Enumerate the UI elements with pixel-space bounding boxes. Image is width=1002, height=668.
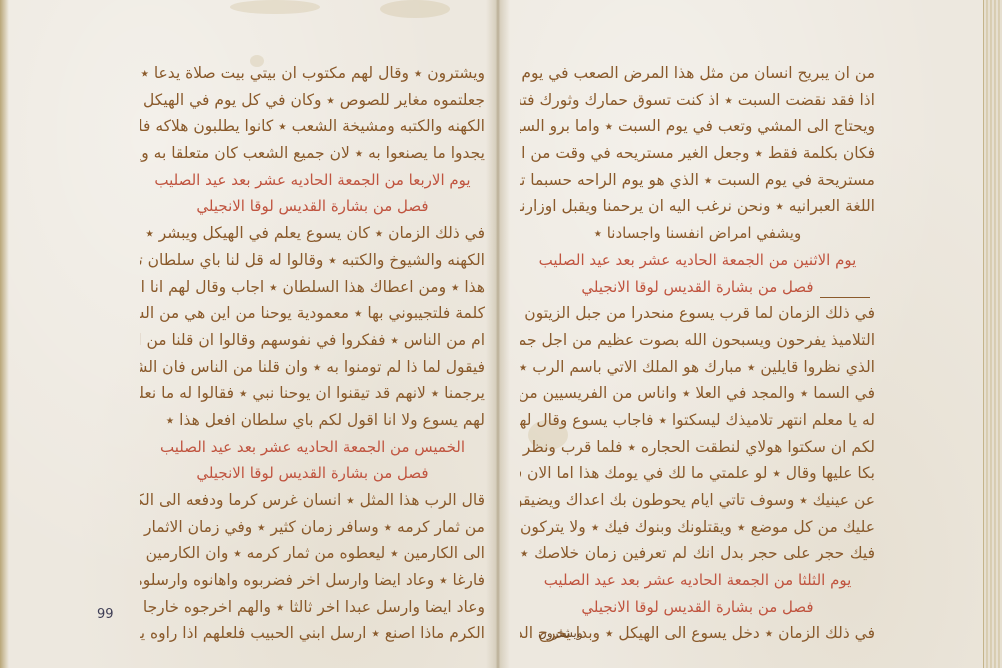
text-line: الكرم ماذا اصنع ٭ ارسل ابني الحبيب فلعله… <box>140 620 485 647</box>
water-stain <box>380 0 450 18</box>
text-line: ويشفي امراض انفسنا واجسادنا ٭ <box>520 220 875 247</box>
rubric-heading: فصل من بشارة القديس لوقا الانجيلي <box>140 460 485 487</box>
rubric-heading: فصل من بشارة القديس لوقا الانجيلي <box>520 594 875 621</box>
text-line: لكم ان سكتوا هولاي لنطقت الحجاره ٭ فلما … <box>520 434 875 461</box>
text-line: فيك حجر على حجر بدل انك لم تعرفين زمان خ… <box>520 540 875 567</box>
text-line: ام من الناس ٭ ففكروا في نفوسهم وقالوا ان… <box>140 327 485 354</box>
text-line: الى الكارمين ٭ ليعطوه من ثمار كرمه ٭ وان… <box>140 540 485 567</box>
book-gutter <box>486 0 510 668</box>
text-line: في ذلك الزمان لما قرب يسوع منحدرا من جبل… <box>520 300 875 327</box>
text-line: في ذلك الزمان ٭ كان يسوع يعلم في الهيكل … <box>140 220 485 247</box>
right-text-block: من ان يبريح انسان من مثل هذا المرض الصعب… <box>520 60 875 647</box>
text-line: الذي نظروا قايلين ٭ مبارك هو الملك الاتي… <box>520 354 875 381</box>
text-line: اللغة العبرانيه ٭ ونحن نرغب اليه ان يرحم… <box>520 193 875 220</box>
text-line: فكان بكلمة فقط ٭ وجعل الغير مستريحه في و… <box>520 140 875 167</box>
rubric-heading: يوم الاربعا من الجمعة الحاديه عشر بعد عي… <box>140 167 485 194</box>
text-line: قال الرب هذا المثل ٭ انسان غرس كرما ودفع… <box>140 487 485 514</box>
text-line: اذا فقد نقضت السبت ٭ اذ كنت تسوق حمارك و… <box>520 87 875 114</box>
text-line: يجدوا ما يصنعوا به ٭ لان جميع الشعب كان … <box>140 140 485 167</box>
rubric-heading: الخميس من الجمعة الحاديه عشر بعد عيد الص… <box>140 434 485 461</box>
text-line: التلاميذ يفرحون ويسبحون الله بصوت عظيم م… <box>520 327 875 354</box>
text-line: فارغا ٭ وعاد ايضا وارسل اخر فضربوه واهان… <box>140 567 485 594</box>
catchword: ويشترون <box>538 626 583 640</box>
left-text-block: ويشترون ٭ وقال لهم مكتوب ان بيتي بيت صلا… <box>140 60 485 647</box>
text-line: عليك من كل موضع ٭ ويقتلونك وبنوك فيك ٭ و… <box>520 514 875 541</box>
text-line: وعاد ايضا وارسل عبدا اخر ثالثا ٭ والهم ا… <box>140 594 485 621</box>
text-line: الكهنه والكتبه ومشيخة الشعب ٭ كانوا يطلب… <box>140 113 485 140</box>
text-line: كلمة فلتجيبوني بها ٭ معمودية يوحنا من اي… <box>140 300 485 327</box>
text-line: ويحتاج الى المشي وتعب في يوم السبت ٭ وام… <box>520 113 875 140</box>
text-line: جعلتموه مغاير للصوص ٭ وكان في كل يوم في … <box>140 87 485 114</box>
text-line: فيقول لما ذا لم تومنوا به ٭ وان قلنا من … <box>140 354 485 381</box>
marginal-line <box>820 297 870 298</box>
water-stain <box>230 0 320 14</box>
text-line: الكهنه والشيوخ والكتبه ٭ وقالوا له قل لن… <box>140 247 485 274</box>
left-folio: ويشترون ٭ وقال لهم مكتوب ان بيتي بيت صلا… <box>0 0 498 668</box>
page-edge-stain <box>0 0 9 668</box>
text-line: له يا معلم انتهر تلاميذك ليسكتوا ٭ فاجاب… <box>520 407 875 434</box>
text-line: من ثمار كرمه ٭ وسافر زمان كثير ٭ وفي زما… <box>140 514 485 541</box>
rubric-heading: يوم الثلثا من الجمعة الحاديه عشر بعد عيد… <box>520 567 875 594</box>
folio-number: 99 <box>97 607 114 622</box>
text-line: هذا ٭ ومن اعطاك هذا السلطان ٭ اجاب وقال … <box>140 274 485 301</box>
text-line: لهم يسوع ولا انا اقول لكم باي سلطان افعل… <box>140 407 485 434</box>
text-line: يرجمنا ٭ لانهم قد تيقنوا ان يوحنا نبي ٭ … <box>140 380 485 407</box>
rubric-heading: فصل من بشارة القديس لوقا الانجيلي <box>140 193 485 220</box>
text-line: عن عينيك ٭ وسوف تاتي ايام يحوطون بك اعدا… <box>520 487 875 514</box>
text-line: بكا عليها وقال ٭ لو علمتي ما لك في يومك … <box>520 460 875 487</box>
page-fore-edge <box>983 0 1002 668</box>
text-line: من ان يبريح انسان من مثل هذا المرض الصعب… <box>520 60 875 87</box>
text-line: ويشترون ٭ وقال لهم مكتوب ان بيتي بيت صلا… <box>140 60 485 87</box>
text-line: في السما ٭ والمجد في العلا ٭ واناس من ال… <box>520 380 875 407</box>
rubric-heading: يوم الاثنين من الجمعة الحاديه عشر بعد عي… <box>520 247 875 274</box>
right-folio: من ان يبريح انسان من مثل هذا المرض الصعب… <box>498 0 1002 668</box>
text-line: مستريحة في يوم السبت ٭ الذي هو يوم الراح… <box>520 167 875 194</box>
manuscript-spread: ويشترون ٭ وقال لهم مكتوب ان بيتي بيت صلا… <box>0 0 1002 668</box>
